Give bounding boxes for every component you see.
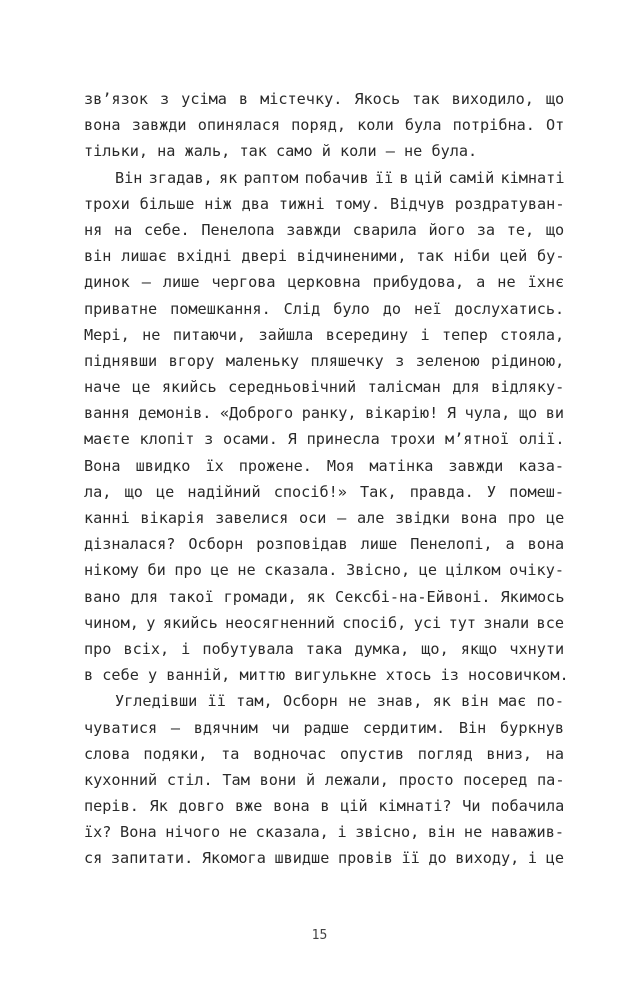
text-line: динок — лише чергова церковна прибудова,…: [84, 269, 564, 295]
text-line: перів. Як довго вже вона в цій кімнаті? …: [84, 793, 564, 819]
text-line: вано для такої громади, як Сексбі-на-Ейв…: [84, 584, 564, 610]
paragraph-first-line: Угледівши її там, Осборн не знав, як він…: [84, 688, 564, 714]
text-line: вона завжди опинялася поряд, коли була п…: [84, 112, 564, 138]
text-line: ла, що це надійний спосіб!» Так, правда.…: [84, 479, 564, 505]
text-line: кухонний стіл. Там вони й лежали, просто…: [84, 767, 564, 793]
text-line: приватне помешкання. Слід було до неї до…: [84, 296, 564, 322]
book-page-body: зв’язок з усіма в містечку. Якось так ви…: [84, 86, 564, 872]
paragraph-first-line: Він згадав, як раптом побачив її в цій с…: [84, 165, 564, 191]
text-line: чуватися — вдячним чи радше сердитим. Ві…: [84, 715, 564, 741]
text-line: чином, у якийсь неосягненний спосіб, усі…: [84, 610, 564, 636]
text-line: канні вікарія завелися оси — але звідки …: [84, 505, 564, 531]
text-line: він лишає вхідні двері відчиненими, так …: [84, 243, 564, 269]
text-line: маєте клопіт з осами. Я принесла трохи м…: [84, 426, 564, 452]
text-line: наче це якийсь середньовічний талісман д…: [84, 374, 564, 400]
text-line: в себе у ванній, миттю вигулькне хтось і…: [84, 662, 564, 688]
text-line: їх? Вона нічого не сказала, і звісно, ві…: [84, 819, 564, 845]
text-line: трохи більше ніж два тижні тому. Відчув …: [84, 191, 564, 217]
text-line: ня на себе. Пенелопа завжди сварила його…: [84, 217, 564, 243]
text-line: про всіх, і побутувала така думка, що, я…: [84, 636, 564, 662]
text-line: вання демонів. «Доброго ранку, вікарію! …: [84, 400, 564, 426]
text-line: зв’язок з усіма в містечку. Якось так ви…: [84, 86, 564, 112]
text-line: Мері, не питаючи, зайшла всередину і теп…: [84, 322, 564, 348]
text-line: ся запитати. Якомога швидше провів її до…: [84, 845, 564, 871]
text-line: піднявши вгору маленьку пляшечку з зелен…: [84, 348, 564, 374]
text-line: слова подяки, та водночас опустив погляд…: [84, 741, 564, 767]
text-line: Вона швидко їх прожене. Моя матінка завж…: [84, 453, 564, 479]
page-number: 15: [0, 928, 639, 943]
text-line: нікому би про це не сказала. Звісно, це …: [84, 557, 564, 583]
text-line: тільки, на жаль, так само й коли — не бу…: [84, 138, 564, 164]
text-line: дізналася? Осборн розповідав лише Пенело…: [84, 531, 564, 557]
